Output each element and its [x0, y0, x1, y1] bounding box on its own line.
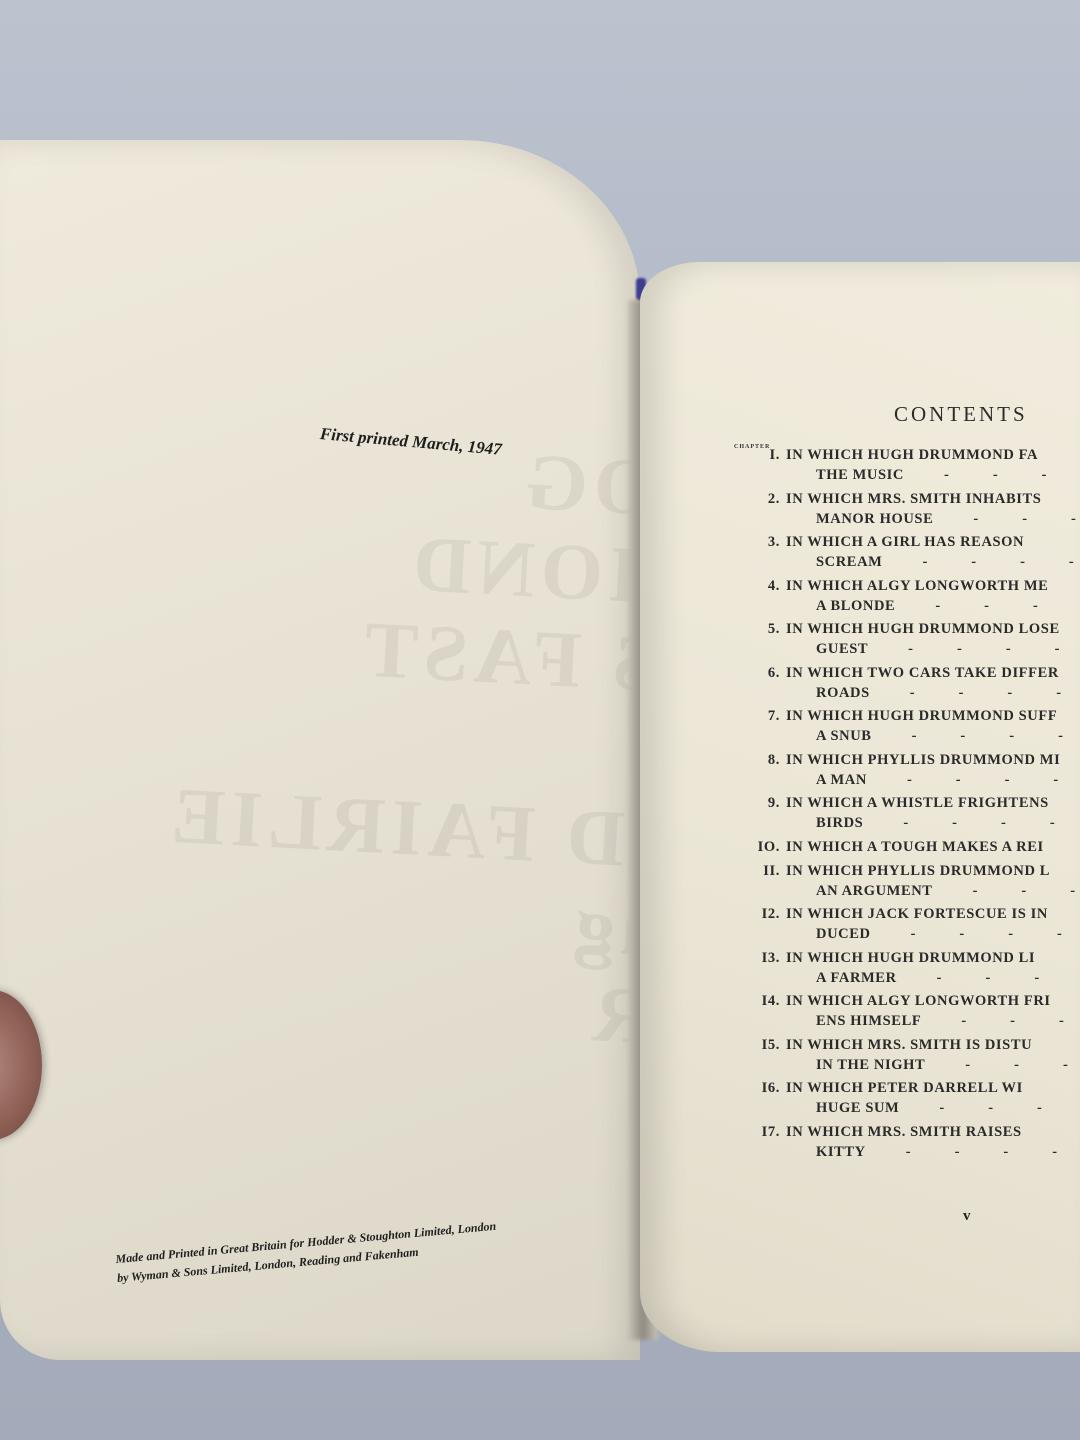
- chapter-title-line-1: IN WHICH HUGH DRUMMOND FA: [786, 445, 1080, 465]
- chapter-number: 7.: [736, 706, 780, 726]
- leader-dashes: ----: [944, 467, 1080, 483]
- chapter-title-line-1: IN WHICH MRS. SMITH RAISES: [786, 1122, 1080, 1142]
- right-page: CONTENTS CHAPTER I. IN WHICH HUGH DRUMMO…: [640, 262, 1080, 1352]
- chapter-title-line-1: IN WHICH ALGY LONGWORTH FRI: [786, 991, 1080, 1011]
- chapter-title-line-2: A FARMER----: [816, 968, 1080, 988]
- chapter-number: II.: [736, 861, 780, 881]
- chapter-title-line-1: IN WHICH HUGH DRUMMOND LI: [786, 948, 1080, 968]
- toc-entry: I4. IN WHICH ALGY LONGWORTH FRI ENS HIMS…: [736, 991, 1080, 1035]
- leader-dashes: ----: [961, 1013, 1080, 1029]
- toc-entry: I7. IN WHICH MRS. SMITH RAISES KITTY----: [736, 1122, 1080, 1166]
- chapter-title-line-2: SCREAM----: [816, 552, 1080, 572]
- chapter-title-line-1: IN WHICH A TOUGH MAKES A REI: [786, 837, 1080, 857]
- leader-dashes: ----: [922, 554, 1080, 570]
- chapter-title-line-2: THE MUSIC----: [816, 465, 1080, 485]
- chapter-title-line-1: IN WHICH PHYLLIS DRUMMOND MI: [786, 750, 1080, 770]
- chapter-title-line-1: IN WHICH A WHISTLE FRIGHTENS: [786, 793, 1080, 813]
- chapter-title-line-1: IN WHICH MRS. SMITH IS DISTU: [786, 1035, 1080, 1055]
- chapter-title-line-2: AN ARGUMENT----: [816, 881, 1080, 901]
- contents-heading: CONTENTS: [894, 402, 1028, 427]
- page-number: v: [963, 1208, 971, 1225]
- chapter-title-line-1: IN WHICH JACK FORTESCUE IS IN: [786, 904, 1080, 924]
- chapter-title-line-2: IN THE NIGHT----: [816, 1055, 1080, 1075]
- leader-dashes: ----: [907, 772, 1080, 788]
- chapter-number: I.: [736, 445, 780, 465]
- toc-entry: II. IN WHICH PHYLLIS DRUMMOND L AN ARGUM…: [736, 861, 1080, 905]
- leader-dashes: ----: [911, 926, 1080, 942]
- leader-dashes: ----: [903, 815, 1080, 831]
- chapter-title-line-2: ENS HIMSELF----: [816, 1011, 1080, 1031]
- chapter-title-line-2: A SNUB----: [816, 726, 1080, 746]
- chapter-number: I5.: [736, 1035, 780, 1055]
- chapter-number: I2.: [736, 904, 780, 924]
- toc-entry: 3. IN WHICH A GIRL HAS REASON SCREAM----: [736, 532, 1080, 576]
- table-of-contents: I. IN WHICH HUGH DRUMMOND FA THE MUSIC--…: [736, 445, 1080, 1165]
- toc-entry: 9. IN WHICH A WHISTLE FRIGHTENS BIRDS---…: [736, 793, 1080, 837]
- chapter-title-line-1: IN WHICH TWO CARS TAKE DIFFER: [786, 663, 1080, 683]
- chapter-title-line-2: ROADS----: [816, 683, 1080, 703]
- leader-dashes: ----: [910, 685, 1080, 701]
- chapter-number: I6.: [736, 1078, 780, 1098]
- chapter-title-line-1: IN WHICH PETER DARRELL WI: [786, 1078, 1080, 1098]
- chapter-title-line-2: KITTY----: [816, 1142, 1080, 1162]
- leader-dashes: ----: [937, 970, 1080, 986]
- chapter-number: 5.: [736, 619, 780, 639]
- leader-dashes: ----: [973, 883, 1080, 899]
- leader-dashes: ----: [908, 641, 1080, 657]
- chapter-title-line-2: DUCED----: [816, 924, 1080, 944]
- toc-entry: 2. IN WHICH MRS. SMITH INHABITS MANOR HO…: [736, 489, 1080, 533]
- chapter-number: IO.: [736, 837, 780, 857]
- toc-entry: 5. IN WHICH HUGH DRUMMOND LOSE GUEST----: [736, 619, 1080, 663]
- chapter-number: I3.: [736, 948, 780, 968]
- toc-entry: 6. IN WHICH TWO CARS TAKE DIFFER ROADS--…: [736, 663, 1080, 707]
- chapter-title-line-1: IN WHICH MRS. SMITH INHABITS: [786, 489, 1080, 509]
- leader-dashes: ----: [965, 1057, 1080, 1073]
- chapter-title-line-2: A MAN----: [816, 770, 1080, 790]
- leader-dashes: ----: [973, 511, 1080, 527]
- left-page: BULLDOG DRUMMOND STANDS FAST by GERARD F…: [0, 140, 640, 1360]
- chapter-number: I7.: [736, 1122, 780, 1142]
- chapter-title-line-1: IN WHICH HUGH DRUMMOND SUFF: [786, 706, 1080, 726]
- toc-entry: 7. IN WHICH HUGH DRUMMOND SUFF A SNUB---…: [736, 706, 1080, 750]
- leader-dashes: ----: [906, 1144, 1080, 1160]
- toc-entry: IO. IN WHICH A TOUGH MAKES A REI: [736, 837, 1080, 861]
- toc-entry: I5. IN WHICH MRS. SMITH IS DISTU IN THE …: [736, 1035, 1080, 1079]
- chapter-title-line-1: IN WHICH ALGY LONGWORTH ME: [786, 576, 1080, 596]
- toc-entry: 8. IN WHICH PHYLLIS DRUMMOND MI A MAN---…: [736, 750, 1080, 794]
- chapter-title-line-2: MANOR HOUSE----: [816, 509, 1080, 529]
- chapter-title-line-2: HUGE SUM----: [816, 1098, 1080, 1118]
- chapter-title-line-1: IN WHICH A GIRL HAS REASON: [786, 532, 1080, 552]
- toc-entry: I3. IN WHICH HUGH DRUMMOND LI A FARMER--…: [736, 948, 1080, 992]
- chapter-number: 2.: [736, 489, 780, 509]
- toc-entry: 4. IN WHICH ALGY LONGWORTH ME A BLONDE--…: [736, 576, 1080, 620]
- leader-dashes: ----: [935, 598, 1080, 614]
- toc-entry: I2. IN WHICH JACK FORTESCUE IS IN DUCED-…: [736, 904, 1080, 948]
- printer-imprint: Made and Printed in Great Britain for Ho…: [115, 1217, 499, 1288]
- chapter-number: 3.: [736, 532, 780, 552]
- chapter-number: I4.: [736, 991, 780, 1011]
- chapter-title-line-2: BIRDS----: [816, 813, 1080, 833]
- toc-entry: I6. IN WHICH PETER DARRELL WI HUGE SUM--…: [736, 1078, 1080, 1122]
- leader-dashes: ----: [939, 1100, 1080, 1116]
- chapter-title-line-1: IN WHICH HUGH DRUMMOND LOSE: [786, 619, 1080, 639]
- chapter-title-line-2: A BLONDE----: [816, 596, 1080, 616]
- chapter-number: 6.: [736, 663, 780, 683]
- leader-dashes: ----: [912, 728, 1080, 744]
- toc-entry: I. IN WHICH HUGH DRUMMOND FA THE MUSIC--…: [736, 445, 1080, 489]
- chapter-number: 4.: [736, 576, 780, 596]
- chapter-title-line-1: IN WHICH PHYLLIS DRUMMOND L: [786, 861, 1080, 881]
- chapter-title-line-2: GUEST----: [816, 639, 1080, 659]
- chapter-number: 8.: [736, 750, 780, 770]
- chapter-number: 9.: [736, 793, 780, 813]
